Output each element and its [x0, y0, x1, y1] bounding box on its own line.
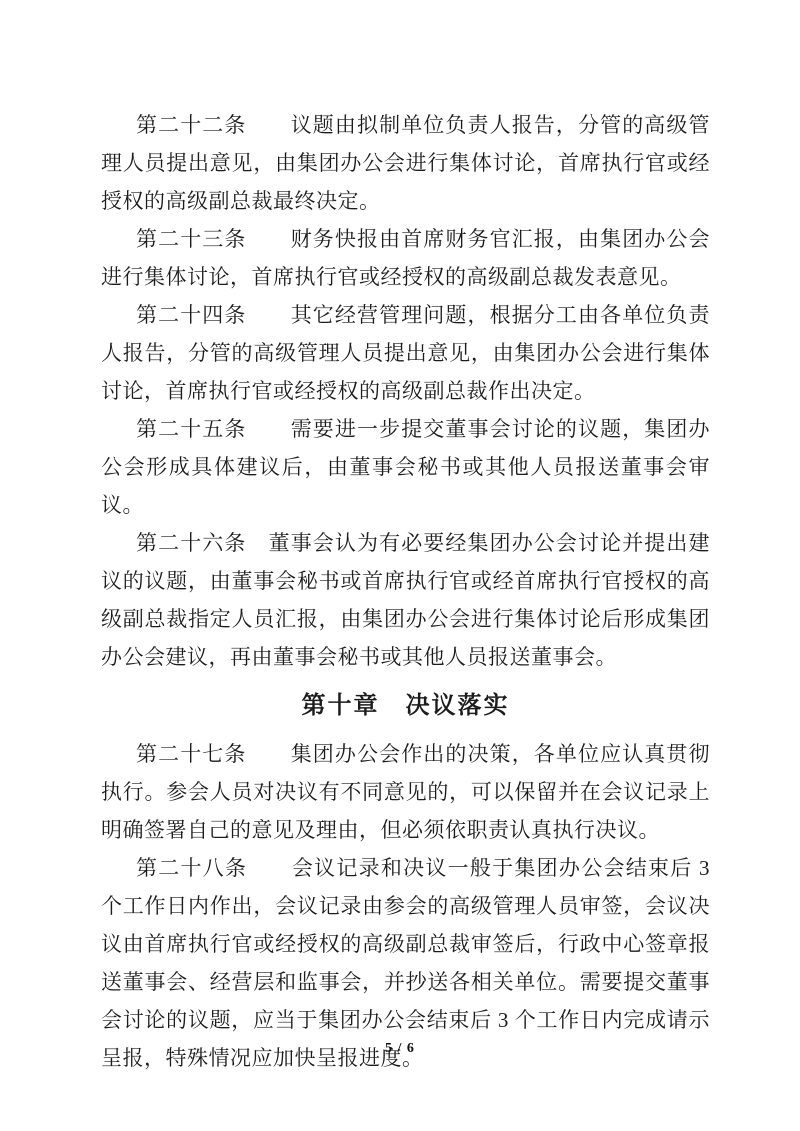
article-24-paragraph: 第二十四条 其它经营管理问题，根据分工由各单位负责人报告，分管的高级管理人员提出… — [101, 296, 710, 410]
chapter-10-heading: 第十章 决议落实 — [101, 687, 710, 725]
document-body: 第二十二条 议题由拟制单位负责人报告，分管的高级管理人员提出意见，由集团办公会进… — [101, 106, 710, 1077]
article-25-paragraph: 第二十五条 需要进一步提交董事会讨论的议题，集团办公会形成具体建议后，由董事会秘… — [101, 410, 710, 524]
article-26-paragraph: 第二十六条 董事会认为有必要经集团办公会讨论并提出建议的议题，由董事会秘书或首席… — [101, 524, 710, 676]
article-27-paragraph: 第二十七条 集团办公会作出的决策，各单位应认真贯彻执行。参会人员对决议有不同意见… — [101, 735, 710, 849]
page-number: 5 / 6 — [0, 1041, 800, 1057]
article-22-paragraph: 第二十二条 议题由拟制单位负责人报告，分管的高级管理人员提出意见，由集团办公会进… — [101, 106, 710, 220]
article-23-paragraph: 第二十三条 财务快报由首席财务官汇报，由集团办公会进行集体讨论，首席执行官或经授… — [101, 220, 710, 296]
document-page: 第二十二条 议题由拟制单位负责人报告，分管的高级管理人员提出意见，由集团办公会进… — [0, 0, 800, 1131]
